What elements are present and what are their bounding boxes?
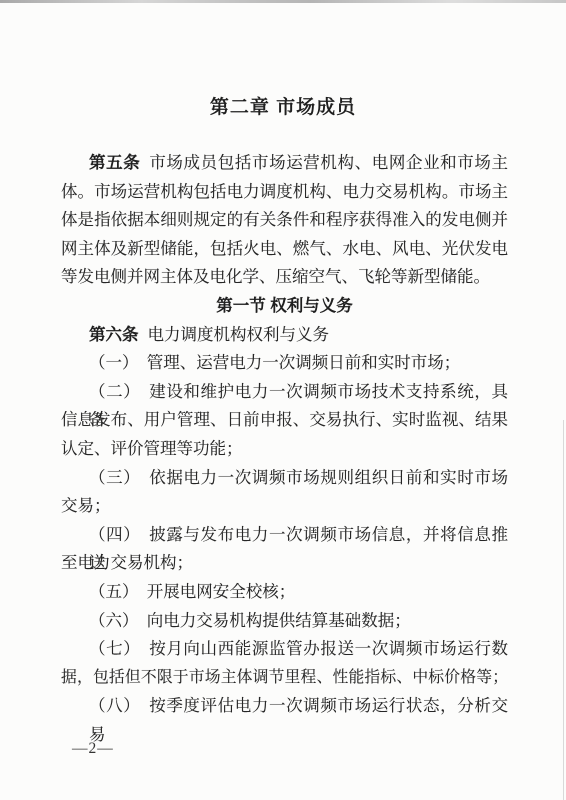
text-line: 体是指依据本细则规定的有关条件和程序获得准入的发电侧并 [61, 206, 508, 235]
line-text: 交易； [61, 496, 111, 515]
line-text: （五） 开展电网安全校核； [89, 582, 295, 601]
scan-artifact-top-edge [0, 0, 566, 3]
text-line: 据，包括但不限于市场主体调节里程、性能指标、中标价格等； [61, 664, 508, 693]
text-line: （八） 按季度评估电力一次调频市场运行状态，分析交易 [61, 692, 508, 721]
scan-artifact-right-edge [563, 420, 564, 800]
text-line: 交易； [61, 492, 508, 521]
text-line: （一） 管理、运营电力一次调频日前和实时市场； [61, 349, 508, 378]
line-text: 体是指依据本细则规定的有关条件和程序获得准入的发电侧并 [61, 210, 508, 229]
article-number: 第六条 [89, 326, 139, 344]
line-text: 第一节 权利与义务 [216, 297, 353, 315]
text-line: 认定、评价管理等功能； [61, 435, 508, 464]
text-line: 第六条电力调度机构权利与义务 [61, 321, 508, 350]
line-text: （八） 按季度评估电力一次调频市场运行状态，分析交易 [89, 696, 508, 744]
line-text: （三） 依据电力一次调频市场规则组织日前和实时市场 [89, 468, 508, 487]
text-line: 信息发布、用户管理、日前申报、交易执行、实时监视、结果 [61, 406, 508, 435]
text-line: （二） 建设和维护电力一次调频市场技术支持系统，具备 [61, 378, 508, 407]
scanned-document-page: 第二章 市场成员 第五条市场成员包括市场运营机构、电网企业和市场主 体。市场运营… [0, 0, 566, 800]
text-line: （五） 开展电网安全校核； [61, 578, 508, 607]
line-text: 等发电侧并网主体及电化学、压缩空气、飞轮等新型储能。 [61, 267, 490, 286]
line-text: 市场成员包括市场运营机构、电网企业和市场主 [149, 153, 508, 172]
text-line: （六） 向电力交易机构提供结算基础数据； [61, 607, 508, 636]
text-line: 第五条市场成员包括市场运营机构、电网企业和市场主 [61, 149, 508, 178]
line-text: 据，包括但不限于市场主体调节里程、性能指标、中标价格等； [61, 669, 508, 686]
document-body: 第五条市场成员包括市场运营机构、电网企业和市场主 体。市场运营机构包括电力调度机… [61, 149, 508, 721]
line-text: 网主体及新型储能，包括火电、燃气、水电、风电、光伏发电 [61, 239, 508, 258]
line-text: 信息发布、用户管理、日前申报、交易执行、实时监视、结果 [61, 410, 508, 429]
text-line: 至电力交易机构； [61, 549, 508, 578]
text-line: 体。市场运营机构包括电力调度机构、电力交易机构。市场主 [61, 178, 508, 207]
line-text: 认定、评价管理等功能； [61, 439, 243, 458]
line-text: 电力调度机构权利与义务 [148, 325, 330, 344]
article-number: 第五条 [89, 154, 140, 172]
line-text: （一） 管理、运营电力一次调频日前和实时市场； [89, 353, 460, 372]
line-text: 体。市场运营机构包括电力调度机构、电力交易机构。市场主 [61, 182, 508, 201]
chapter-title: 第二章 市场成员 [0, 92, 566, 119]
line-text: （七） 按月向山西能源监管办报送一次调频市场运行数 [89, 639, 508, 658]
line-text: 至电力交易机构； [61, 553, 193, 572]
text-line: （七） 按月向山西能源监管办报送一次调频市场运行数 [61, 635, 508, 664]
section-heading: 第一节 权利与义务 [61, 292, 508, 321]
text-line: 网主体及新型储能，包括火电、燃气、水电、风电、光伏发电 [61, 235, 508, 264]
line-text: （六） 向电力交易机构提供结算基础数据； [89, 611, 411, 630]
page-number: —2— [72, 740, 114, 758]
text-line: （三） 依据电力一次调频市场规则组织日前和实时市场 [61, 464, 508, 493]
text-line: 等发电侧并网主体及电化学、压缩空气、飞轮等新型储能。 [61, 263, 508, 292]
text-line: （四） 披露与发布电力一次调频市场信息，并将信息推送 [61, 521, 508, 550]
